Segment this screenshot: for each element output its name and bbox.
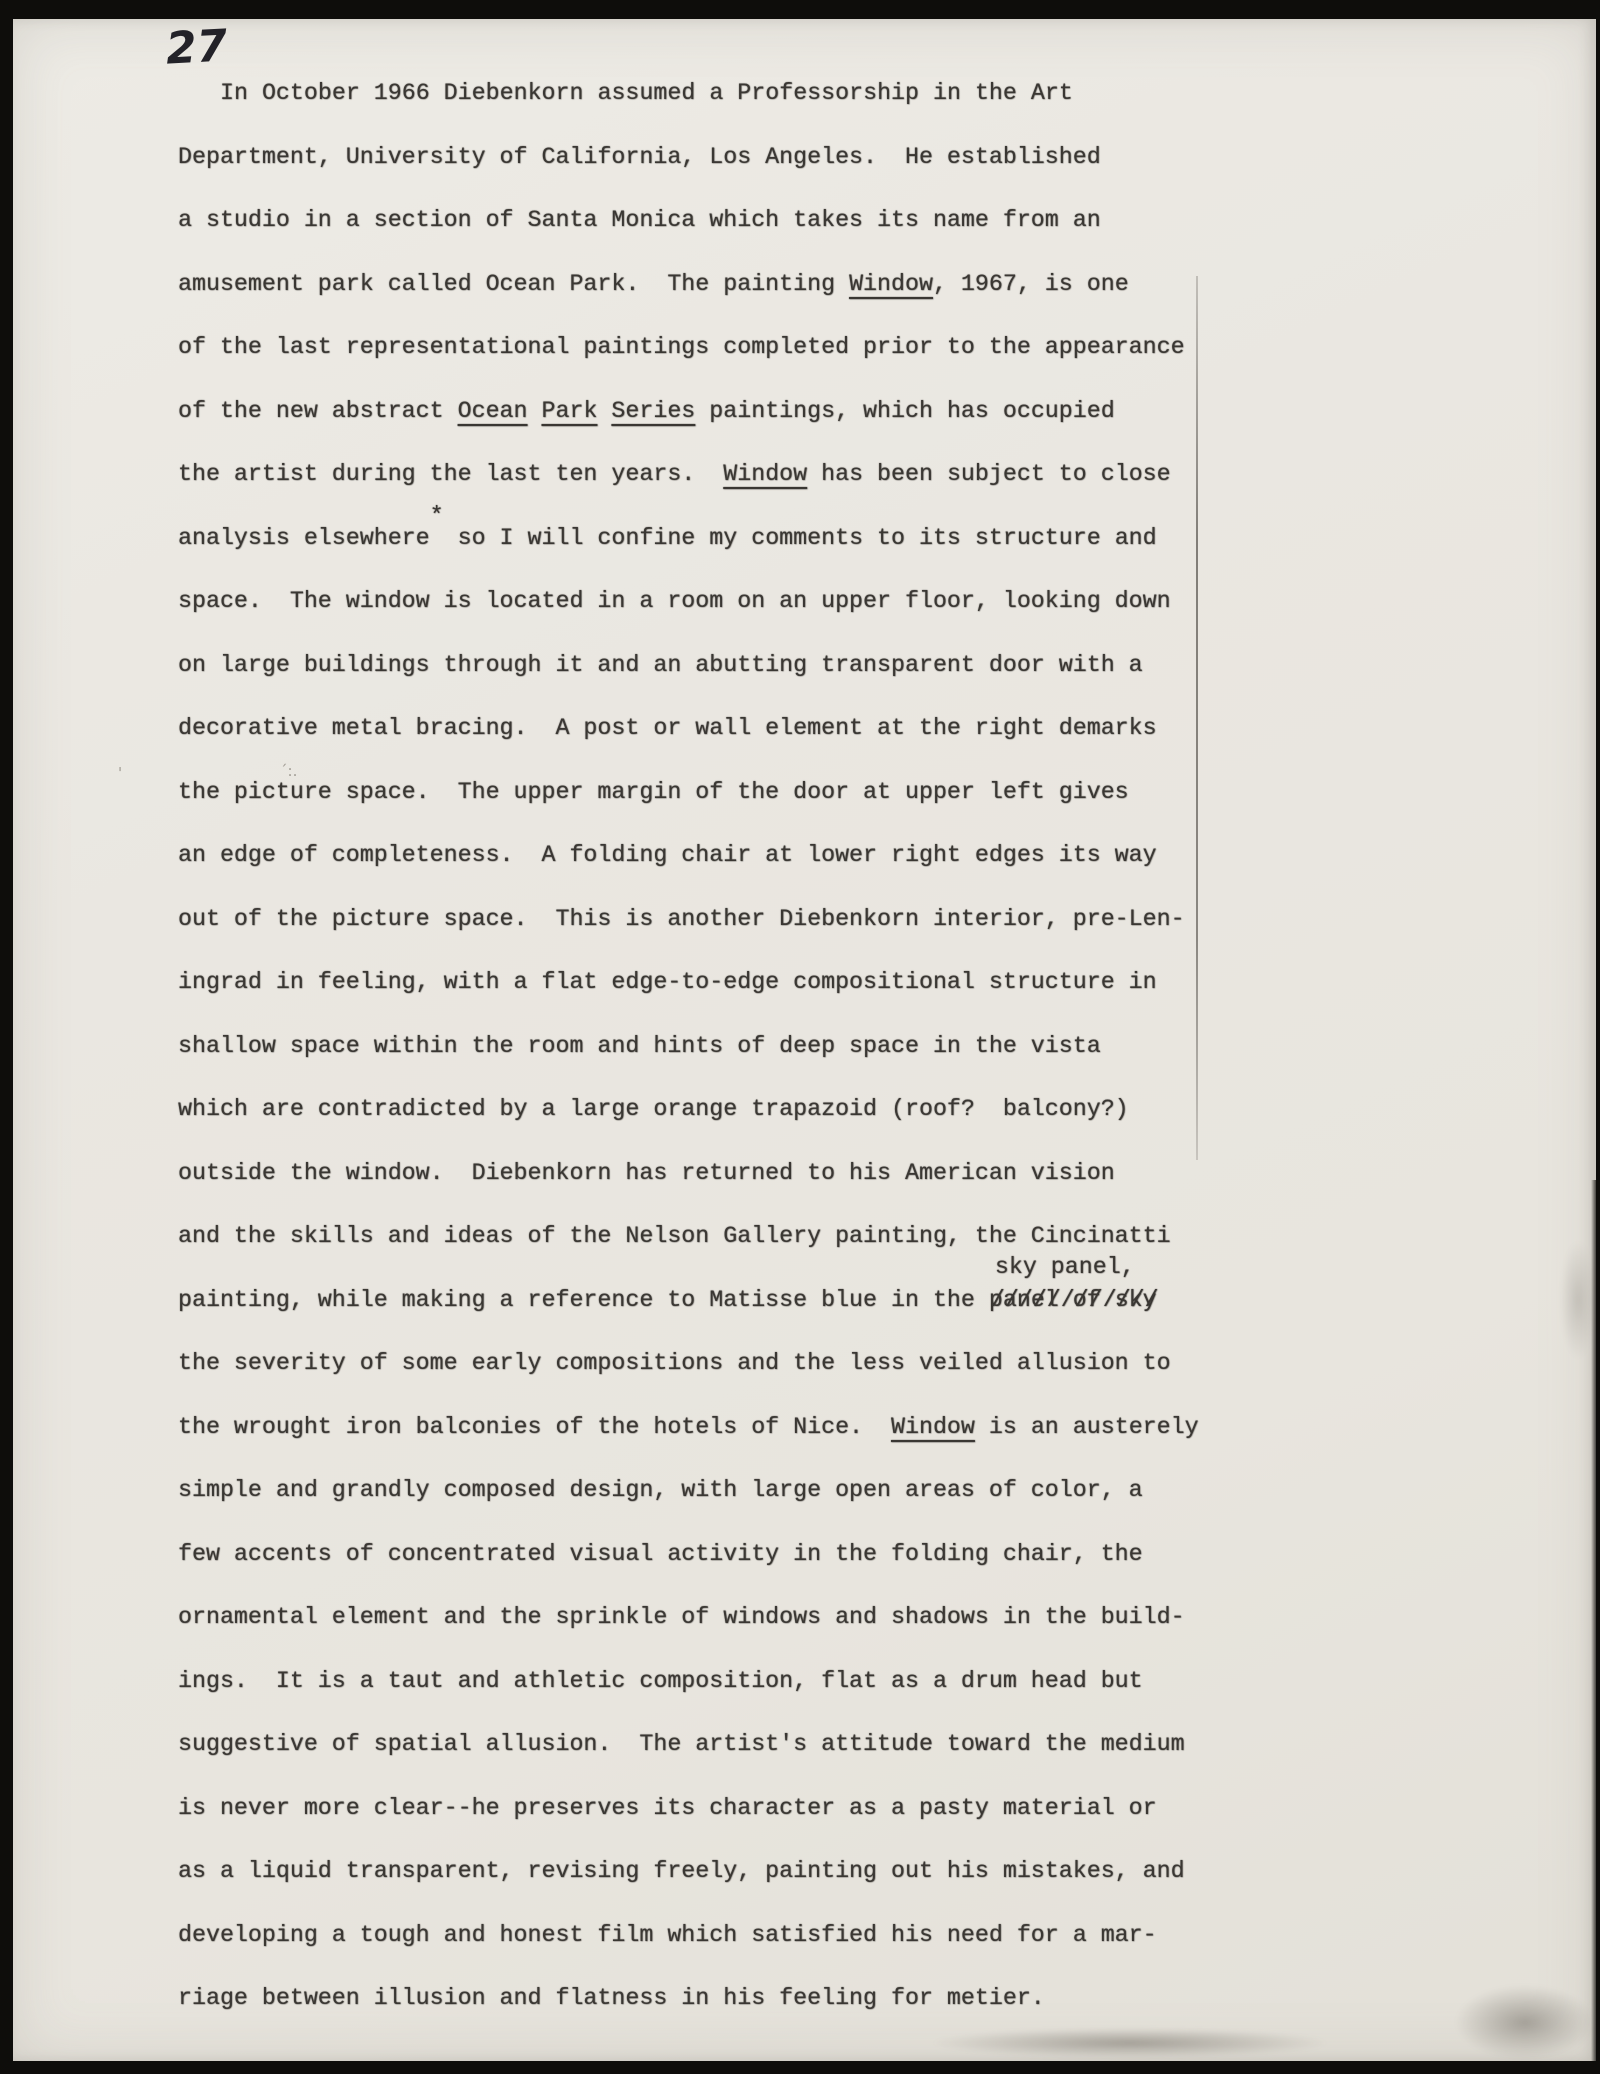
text-segment: has been subject to close xyxy=(807,461,1171,487)
scan-smudge xyxy=(930,2028,1330,2058)
text-line: on large buildings through it and an abu… xyxy=(178,652,1143,684)
text-line: In October 1966 Diebenkorn assumed a Pro… xyxy=(178,80,1073,112)
typed-correction-above-line: sky panel, xyxy=(995,1254,1135,1280)
text-segment: In October 1966 Diebenkorn assumed a Pro… xyxy=(220,80,1073,106)
text-segment: developing a tough and honest film which… xyxy=(178,1922,1157,1948)
text-line: ornamental element and the sprinkle of w… xyxy=(178,1604,1185,1636)
underlined-title: Ocean xyxy=(458,398,528,424)
scan-artifact-vertical-line xyxy=(1196,276,1198,1160)
text-line: outside the window. Diebenkorn has retur… xyxy=(178,1160,1115,1192)
text-line: is never more clear--he preserves its ch… xyxy=(178,1795,1157,1827)
pencil-mark: ' xyxy=(118,764,122,782)
struck-out-text: panel of sky////////////sky panel, xyxy=(989,1287,1157,1313)
scan-smudge xyxy=(1560,1240,1596,1360)
text-segment xyxy=(528,398,542,424)
text-segment: , 1967, is one xyxy=(933,271,1129,297)
text-line: as a liquid transparent, revising freely… xyxy=(178,1858,1185,1890)
text-line: which are contradicted by a large orange… xyxy=(178,1096,1129,1128)
text-segment: on large buildings through it and an abu… xyxy=(178,652,1143,678)
text-segment: is an austerely xyxy=(975,1414,1199,1440)
text-segment: of the new abstract xyxy=(178,398,458,424)
text-segment: decorative metal bracing. A post or wall… xyxy=(178,715,1157,741)
text-segment: shallow space within the room and hints … xyxy=(178,1033,1101,1059)
text-line: the severity of some early compositions … xyxy=(178,1350,1171,1382)
text-line: a studio in a section of Santa Monica wh… xyxy=(178,207,1101,239)
text-segment: which are contradicted by a large orange… xyxy=(178,1096,1129,1122)
text-line: ingrad in feeling, with a flat edge-to-e… xyxy=(178,969,1157,1001)
text-segment: a studio in a section of Santa Monica wh… xyxy=(178,207,1101,233)
text-segment: the wrought iron balconies of the hotels… xyxy=(178,1414,891,1440)
slash-overstrike: //////////// xyxy=(991,1287,1159,1313)
underlined-title: Park xyxy=(542,398,598,424)
text-line: of the new abstract Ocean Park Series pa… xyxy=(178,398,1115,430)
text-line: space. The window is located in a room o… xyxy=(178,588,1171,620)
text-segment: of the last representational paintings c… xyxy=(178,334,1185,360)
text-segment: analysis elsewhere xyxy=(178,525,430,551)
underlined-title: Series xyxy=(611,398,695,424)
text-segment: painting, while making a reference to Ma… xyxy=(178,1287,989,1313)
text-line: of the last representational paintings c… xyxy=(178,334,1185,366)
text-segment: ings. It is a taut and athletic composit… xyxy=(178,1668,1143,1694)
text-line: developing a tough and honest film which… xyxy=(178,1922,1157,1954)
text-segment: the severity of some early compositions … xyxy=(178,1350,1171,1376)
text-segment: amusement park called Ocean Park. The pa… xyxy=(178,271,849,297)
text-line: few accents of concentrated visual activ… xyxy=(178,1541,1143,1573)
scan-smudge xyxy=(1455,1985,1595,2060)
text-segment: ingrad in feeling, with a flat edge-to-e… xyxy=(178,969,1157,995)
text-segment: an edge of completeness. A folding chair… xyxy=(178,842,1157,868)
text-line: riage between illusion and flatness in h… xyxy=(178,1985,1045,2017)
text-segment: is never more clear--he preserves its ch… xyxy=(178,1795,1157,1821)
text-line: decorative metal bracing. A post or wall… xyxy=(178,715,1157,747)
text-line: suggestive of spatial allusion. The arti… xyxy=(178,1731,1185,1763)
pencil-mark: ´:․ xyxy=(280,762,298,780)
text-segment: the picture space. The upper margin of t… xyxy=(178,779,1129,805)
text-line: the artist during the last ten years. Wi… xyxy=(178,461,1171,493)
text-segment: the artist during the last ten years. xyxy=(178,461,723,487)
text-line: amusement park called Ocean Park. The pa… xyxy=(178,271,1129,303)
text-segment: out of the picture space. This is anothe… xyxy=(178,906,1185,932)
text-line: shallow space within the room and hints … xyxy=(178,1033,1101,1065)
text-segment: so I will confine my comments to its str… xyxy=(444,525,1157,551)
text-line: out of the picture space. This is anothe… xyxy=(178,906,1185,938)
text-segment: space. The window is located in a room o… xyxy=(178,588,1171,614)
text-segment: and the skills and ideas of the Nelson G… xyxy=(178,1223,1171,1249)
footnote-asterisk: * xyxy=(430,503,444,529)
text-line: painting, while making a reference to Ma… xyxy=(178,1287,1157,1319)
text-segment: paintings, which has occupied xyxy=(695,398,1114,424)
text-segment: ornamental element and the sprinkle of w… xyxy=(178,1604,1185,1630)
text-line: Department, University of California, Lo… xyxy=(178,144,1101,176)
underlined-title: Window xyxy=(891,1414,975,1440)
text-line: simple and grandly composed design, with… xyxy=(178,1477,1143,1509)
text-segment: outside the window. Diebenkorn has retur… xyxy=(178,1160,1115,1186)
text-segment xyxy=(597,398,611,424)
pencil-mark: ‹ xyxy=(392,1030,398,1048)
underlined-title: Window xyxy=(723,461,807,487)
text-line: ings. It is a taut and athletic composit… xyxy=(178,1668,1143,1700)
text-line: analysis elsewhere* so I will confine my… xyxy=(178,525,1157,557)
text-segment: suggestive of spatial allusion. The arti… xyxy=(178,1731,1185,1757)
text-line: the wrought iron balconies of the hotels… xyxy=(178,1414,1199,1446)
text-segment: riage between illusion and flatness in h… xyxy=(178,1985,1045,2011)
text-segment: few accents of concentrated visual activ… xyxy=(178,1541,1143,1567)
text-segment: simple and grandly composed design, with… xyxy=(178,1477,1143,1503)
text-segment: Department, University of California, Lo… xyxy=(178,144,1101,170)
text-segment: as a liquid transparent, revising freely… xyxy=(178,1858,1185,1884)
typewritten-text: In October 1966 Diebenkorn assumed a Pro… xyxy=(0,0,1600,2074)
underlined-title: Window xyxy=(849,271,933,297)
text-line: the picture space. The upper margin of t… xyxy=(178,779,1129,811)
text-line: and the skills and ideas of the Nelson G… xyxy=(178,1223,1171,1255)
scanned-typewritten-page: { "document": { "page_number": "27", "co… xyxy=(0,0,1600,2074)
text-line: an edge of completeness. A folding chair… xyxy=(178,842,1157,874)
